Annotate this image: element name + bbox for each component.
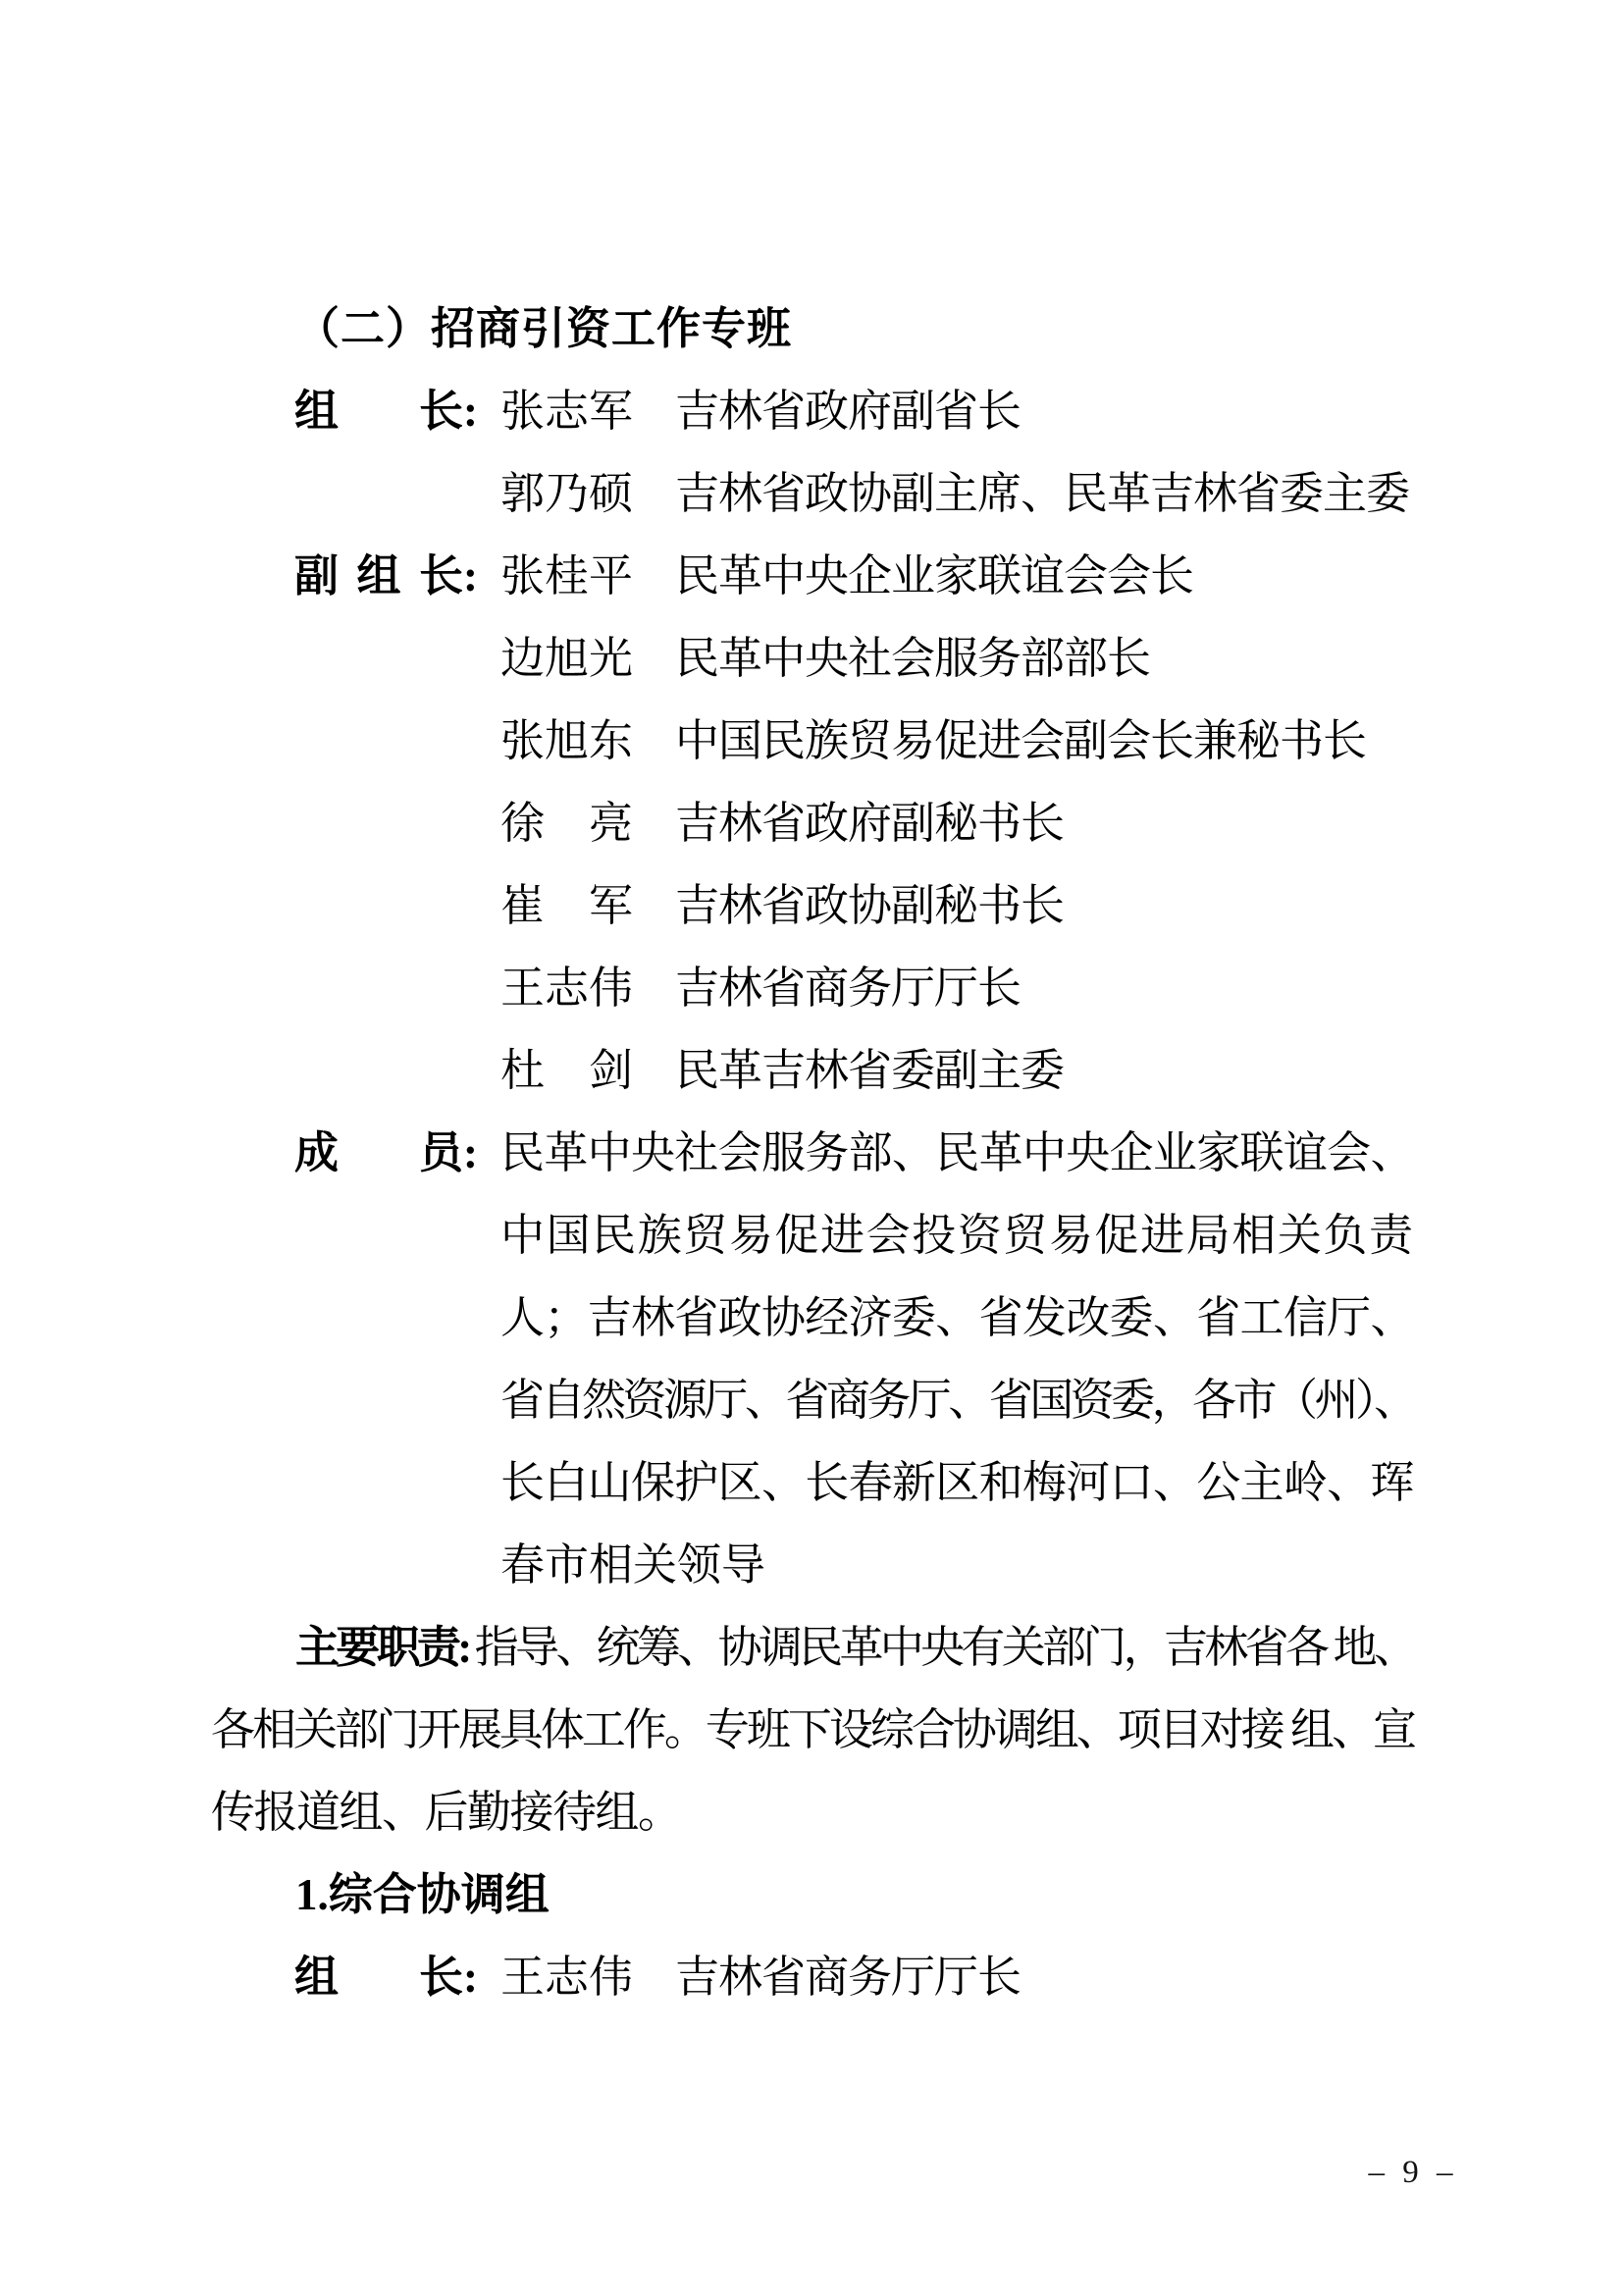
page-number: – 9 –	[1349, 2155, 1477, 2191]
person-title: 吉林省政府副省长	[675, 383, 1413, 465]
role-label-empty	[294, 712, 463, 795]
members-line: 中国民族贸易促进会投资贸易促进局相关负责	[500, 1207, 1413, 1289]
colon	[463, 795, 500, 877]
person-title: 民革中央社会服务部部长	[675, 630, 1413, 712]
role-label-empty	[294, 1042, 463, 1124]
document-page: （二）招商引资工作专班 组长:张志军吉林省政府副省长 郭乃硕吉林省政协副主席、民…	[0, 0, 1624, 2295]
person-name: 郭乃硕	[500, 465, 675, 548]
role-label-empty	[294, 465, 463, 548]
person-name: 王志伟	[500, 1949, 675, 2031]
duties-line: 各相关部门开展具体工作。专班下设综合协调组、项目对接 组、宣	[211, 1701, 1413, 1784]
subgroup-leader-row: 组长:王志伟吉林省商务厅厅长	[211, 1949, 1413, 2031]
person-title: 中国民族贸易促进会副会长兼秘书长	[675, 712, 1413, 795]
colon	[463, 877, 500, 960]
leader-row: 郭乃硕吉林省政协副主席、民革吉林省委主委	[211, 465, 1413, 548]
colon	[463, 465, 500, 548]
colon	[463, 960, 500, 1042]
members-line: 省自然资源厅、省商务厅、省国资委，各市（州）、	[500, 1372, 1413, 1454]
section-heading: （二）招商引资工作专班	[211, 300, 1413, 383]
person-title: 民革吉林省委副主委	[675, 1042, 1413, 1124]
duties-label: 主要职责:	[295, 1623, 467, 1672]
duties-text: 指导、统筹、协调民革中央有关部门，吉林省各 地、	[467, 1623, 1413, 1672]
document-body: （二）招商引资工作专班 组长:张志军吉林省政府副省长 郭乃硕吉林省政协副主席、民…	[211, 300, 1413, 2031]
role-label-deputy-leader: 副组长	[294, 548, 463, 630]
members-content: 民革中央社会服务部、民革中央企业家联谊会、 中国民族贸易促进会投资贸易促进局相关…	[500, 1124, 1413, 1619]
person-title: 吉林省商务厅厅长	[675, 960, 1413, 1042]
colon: :	[463, 548, 500, 630]
members-line: 长白山保护区、长春新区和梅河口、公主岭、珲	[500, 1454, 1413, 1537]
person-name: 杜 剑	[500, 1042, 675, 1124]
colon: :	[463, 383, 500, 465]
leader-row: 副组长:张桂平民革中央企业家联谊会会长	[211, 548, 1413, 630]
leader-row: 张旭东中国民族贸易促进会副会长兼秘书长	[211, 712, 1413, 795]
colon	[463, 712, 500, 795]
leader-row: 徐 亮吉林省政府副秘书长	[211, 795, 1413, 877]
leader-row: 王志伟吉林省商务厅厅长	[211, 960, 1413, 1042]
role-label-empty	[294, 630, 463, 712]
person-title: 吉林省政协副秘书长	[675, 877, 1413, 960]
colon: :	[463, 1124, 500, 1207]
members-row: 成员: 民革中央社会服务部、民革中央企业家联谊会、 中国民族贸易促进会投资贸易促…	[211, 1124, 1413, 1619]
person-title: 吉林省政府副秘书长	[675, 795, 1413, 877]
members-line: 民革中央社会服务部、民革中央企业家联谊会、	[500, 1124, 1413, 1207]
person-name: 边旭光	[500, 630, 675, 712]
person-title: 吉林省商务厅厅长	[675, 1949, 1413, 2031]
role-label-group-leader: 组长	[294, 383, 463, 465]
leader-row: 组长:张志军吉林省政府副省长	[211, 383, 1413, 465]
role-label-empty	[294, 877, 463, 960]
person-name: 王志伟	[500, 960, 675, 1042]
person-name: 崔 军	[500, 877, 675, 960]
leader-row: 崔 军吉林省政协副秘书长	[211, 877, 1413, 960]
person-title: 民革中央企业家联谊会会长	[675, 548, 1413, 630]
duties-line: 主要职责: 指导、统筹、协调民革中央有关部门，吉林省各 地、	[211, 1619, 1413, 1701]
person-title: 吉林省政协副主席、民革吉林省委主委	[675, 465, 1413, 548]
role-label-empty	[294, 795, 463, 877]
leader-row: 边旭光民革中央社会服务部部长	[211, 630, 1413, 712]
colon	[463, 1042, 500, 1124]
duties-line: 传报道组、后勤接待组。	[211, 1784, 1413, 1866]
colon: :	[463, 1949, 500, 2031]
members-line: 春市相关领导	[500, 1537, 1413, 1619]
person-name: 张旭东	[500, 712, 675, 795]
role-label-members: 成员	[294, 1124, 463, 1207]
subgroup-heading: 1.综合协调组	[211, 1866, 1413, 1949]
members-line: 人；吉林省政协经济委、省发改委、省工信厅、	[500, 1289, 1413, 1372]
leader-row: 杜 剑民革吉林省委副主委	[211, 1042, 1413, 1124]
person-name: 徐 亮	[500, 795, 675, 877]
person-name: 张桂平	[500, 548, 675, 630]
person-name: 张志军	[500, 383, 675, 465]
colon	[463, 630, 500, 712]
role-label-group-leader: 组长	[294, 1949, 463, 2031]
role-label-empty	[294, 960, 463, 1042]
